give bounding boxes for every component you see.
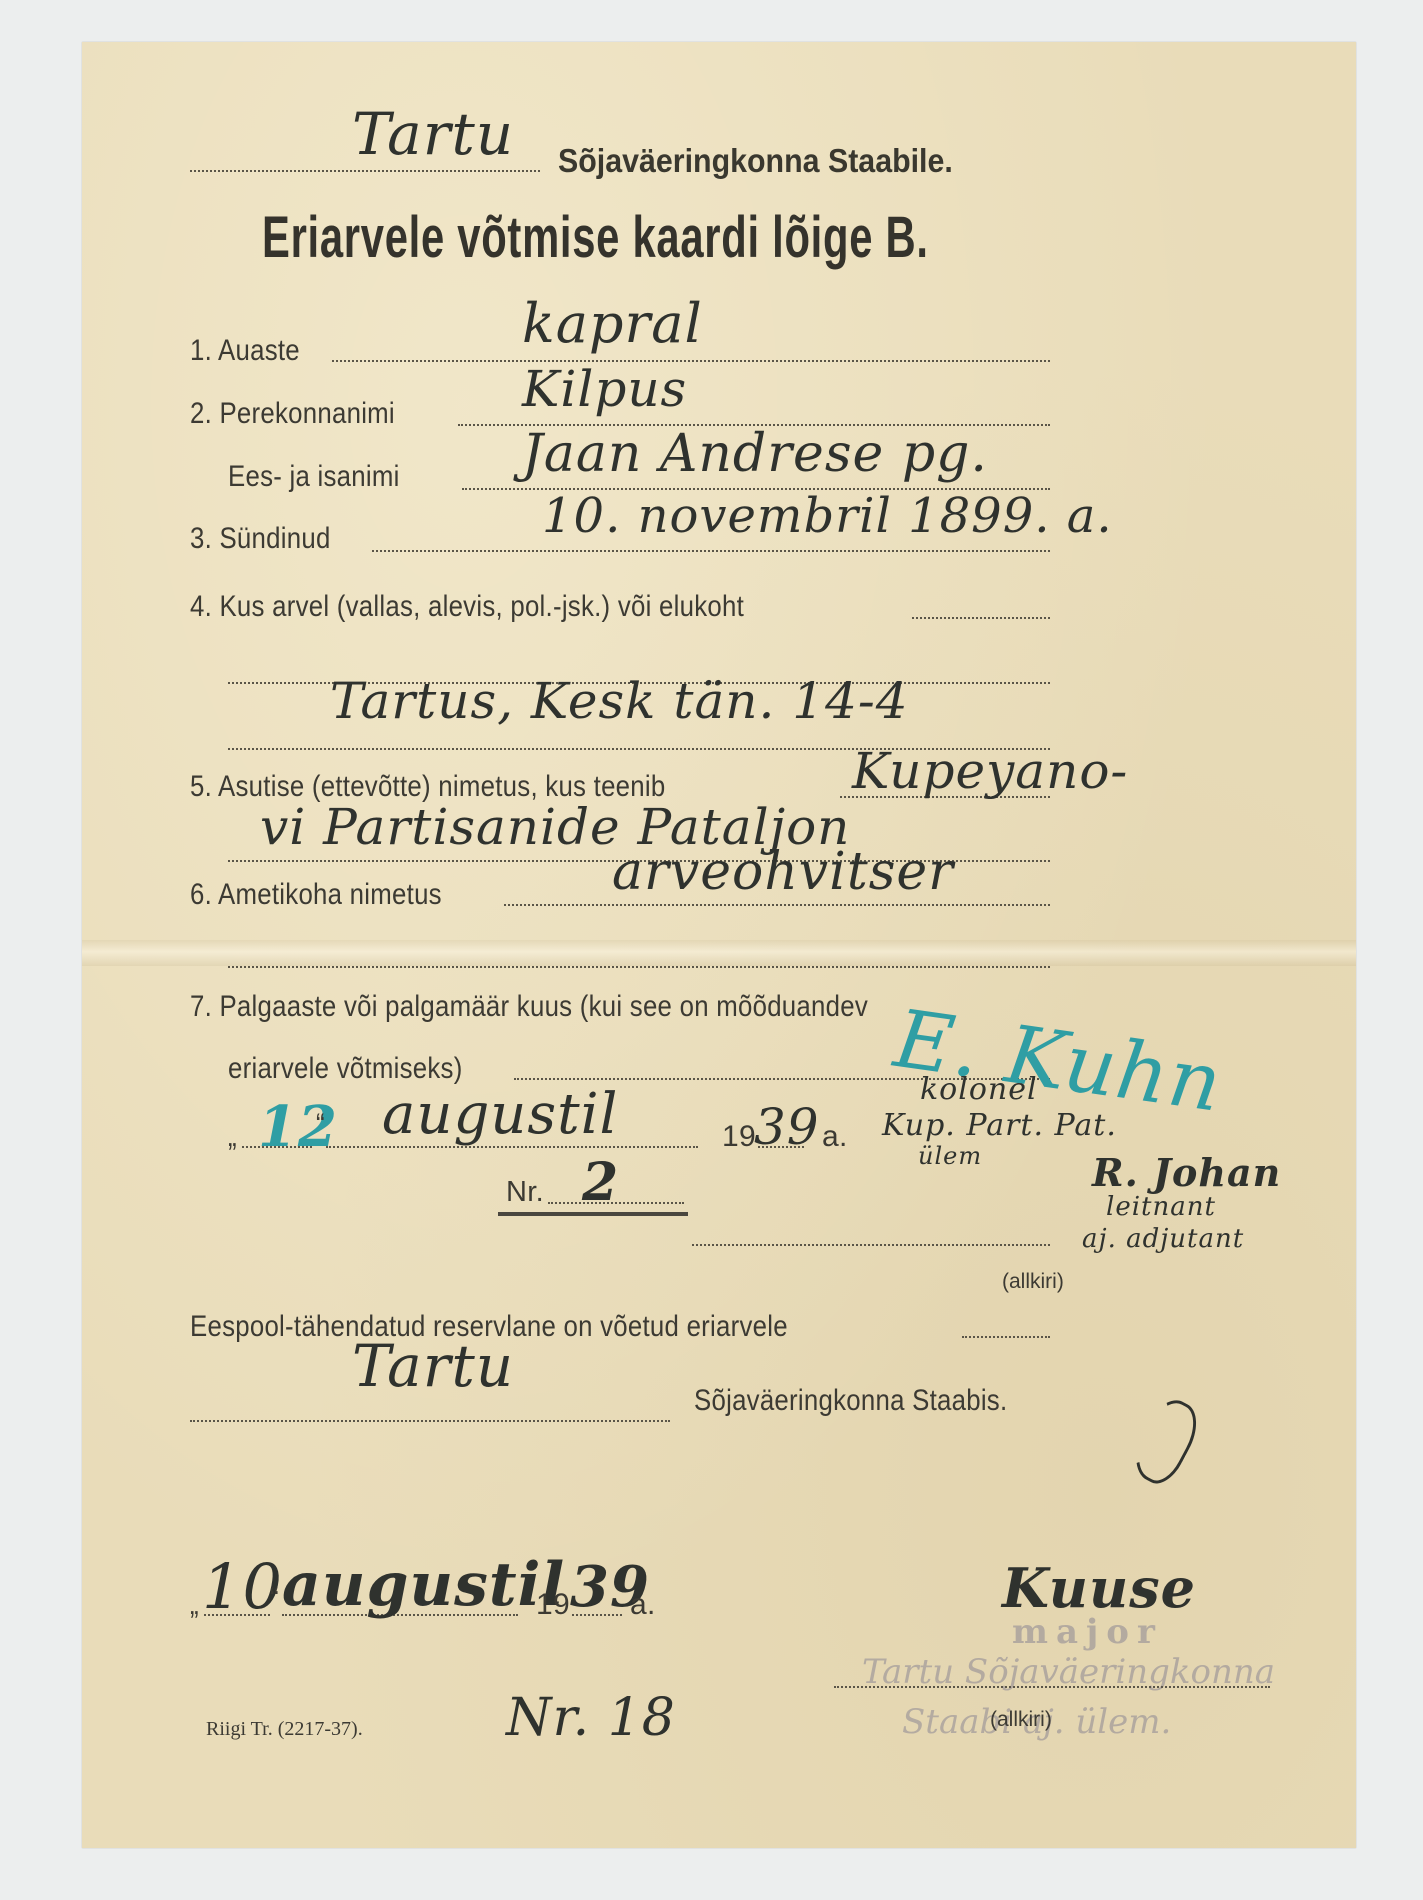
field-2b-value: Jaan Andrese pg. <box>522 424 988 484</box>
date1-year-unit: a. <box>822 1120 848 1154</box>
fold-crease <box>82 940 1356 966</box>
pen-loop-mark <box>1123 1391 1208 1490</box>
signer1-role: ülem <box>918 1142 982 1170</box>
printer-imprint: Riigi Tr. (2217-37). <box>206 1718 363 1741</box>
date1-month: augustil <box>382 1082 618 1147</box>
field-3-label: 3. Sündinud <box>190 522 331 556</box>
date2-year-unit: a. <box>630 1588 656 1622</box>
date1-day: 12 <box>258 1094 338 1160</box>
field-6-line <box>504 904 1050 906</box>
field-7-label-line1: 7. Palgaaste või palgamäär kuus (kui see… <box>190 990 868 1024</box>
nr-value: 2 <box>582 1152 619 1213</box>
date2-close-quote: “ <box>270 1582 279 1616</box>
signature2-caption: (allkiri) <box>990 1708 1052 1732</box>
confirmation-district: Tartu <box>352 1332 514 1400</box>
signer1-rank: kolonel <box>920 1072 1038 1107</box>
header-dotted-line <box>190 170 540 172</box>
field-4-value: Tartus, Kesk tän. 14-4 <box>330 672 909 730</box>
signer2-rank: leitnant <box>1106 1192 1216 1222</box>
signature1-line <box>692 1244 1050 1246</box>
field-3-line <box>372 550 1050 552</box>
date1-open-quote: „ <box>228 1120 237 1154</box>
date1-year-prefix: 19 <box>722 1120 756 1154</box>
signature1-caption: (allkiri) <box>1002 1270 1064 1294</box>
field-1-label: 1. Auaste <box>190 334 300 368</box>
nr-underline <box>498 1212 688 1216</box>
field-2-value: Kilpus <box>522 360 687 418</box>
signature2-line <box>834 1686 1270 1688</box>
date1-close-quote: “ <box>316 1108 325 1142</box>
confirmation-suffix: Sõjaväeringkonna Staabis. <box>694 1384 1007 1418</box>
document-title: Eriarvele võtmise kaardi lõige B. <box>262 204 929 271</box>
date2-year-prefix: 19 <box>536 1588 570 1622</box>
header-addressee: Sõjaväeringkonna Staabile. <box>558 142 953 180</box>
field-6-line-b <box>228 966 1050 968</box>
date2-open-quote: „ <box>190 1588 199 1622</box>
field-6-value: arveohvitser <box>612 842 954 902</box>
field-6-label: 6. Ametikoha nimetus <box>190 878 442 912</box>
confirmation-line <box>962 1336 1050 1338</box>
signer1-unit: Kup. Part. Pat. <box>882 1108 1117 1143</box>
stamp-line1: major <box>1012 1612 1163 1652</box>
field-4-line-a <box>912 617 1050 619</box>
registry-number: Nr. 18 <box>506 1688 676 1748</box>
document-page: Tartu Sõjaväeringkonna Staabile. Eriarve… <box>82 42 1356 1848</box>
field-1-line <box>332 360 1050 362</box>
field-3-value: 10. novembril 1899. a. <box>542 488 1113 544</box>
signer2-signature: R. Johan <box>1092 1150 1281 1195</box>
field-2-label: 2. Perekonnanimi <box>190 397 395 431</box>
field-4-label: 4. Kus arvel (vallas, alevis, pol.-jsk.)… <box>190 590 744 624</box>
date2-month: augustil <box>282 1550 565 1620</box>
signer2-role: aj. adjutant <box>1082 1224 1244 1254</box>
field-1-value: kapral <box>522 292 703 355</box>
field-2b-label: Ees- ja isanimi <box>228 460 400 494</box>
header-district-handwritten: Tartu <box>352 100 514 168</box>
field-5-value-line1: Kupeyano- <box>852 742 1128 800</box>
field-7-label-line2: eriarvele võtmiseks) <box>228 1052 463 1086</box>
signature2: Kuuse <box>1002 1556 1196 1620</box>
date1-year-suffix: 39 <box>754 1098 820 1156</box>
nr-label: Nr. <box>506 1176 544 1209</box>
confirmation-district-line <box>190 1420 670 1422</box>
